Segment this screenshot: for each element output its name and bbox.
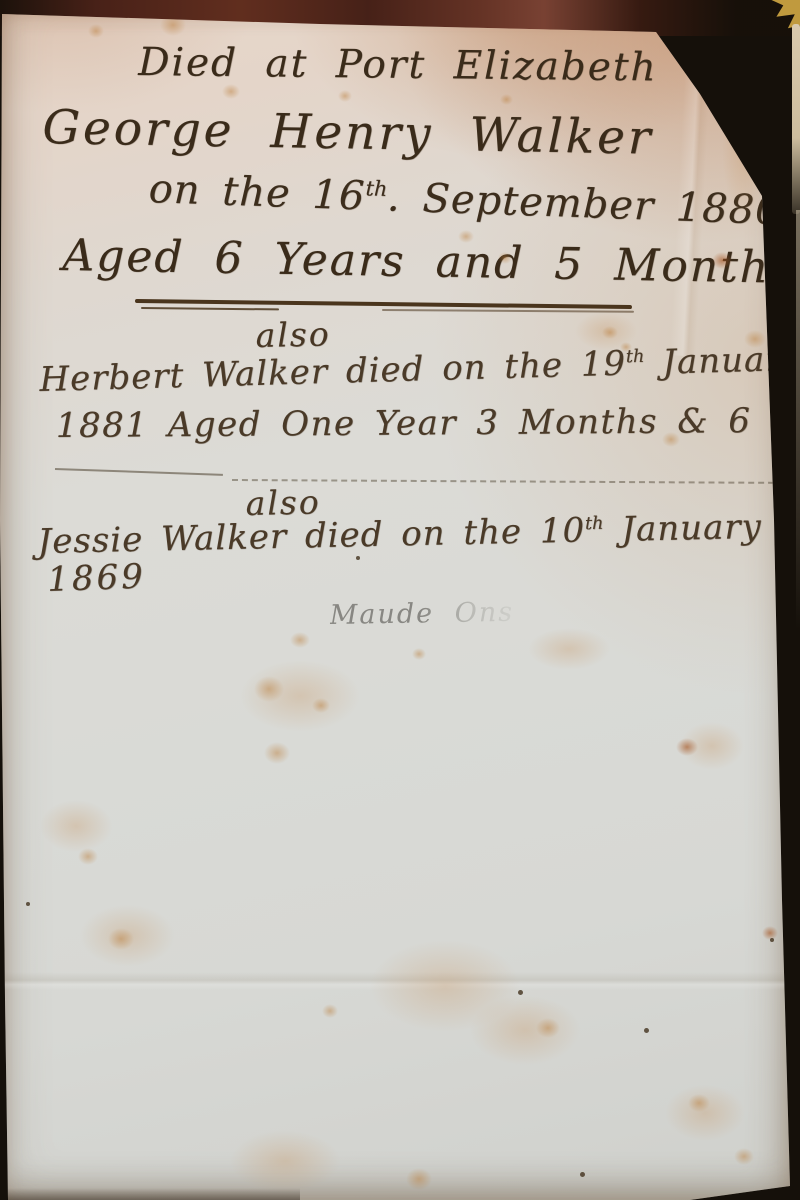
- stain: [78, 848, 98, 865]
- stain: [80, 905, 175, 967]
- ink-underline-secondary: [141, 307, 279, 310]
- stain: [665, 1085, 745, 1141]
- stain: [108, 928, 134, 950]
- jessie-entry-line-1: Jessie Walker died on the 10th January: [37, 507, 762, 562]
- stain: [528, 628, 610, 670]
- jessie-line1-pre: Jessie Walker died on the 10: [37, 511, 585, 562]
- also-separator-1: also: [255, 314, 331, 355]
- deceased-name-line: George Henry Walker: [42, 100, 654, 166]
- stain: [40, 800, 112, 852]
- stain: [222, 84, 240, 99]
- bible-register-photo: Died at Port Elizabeth George Henry Walk…: [0, 0, 800, 1200]
- jessie-entry-line-2: 1869: [47, 557, 147, 600]
- speck: [356, 556, 360, 560]
- speck: [580, 1172, 585, 1177]
- speck: [644, 1028, 649, 1033]
- stain: [322, 1004, 338, 1018]
- stain: [264, 742, 290, 764]
- bottom-edge-shadow: [0, 1188, 300, 1200]
- stain: [88, 24, 104, 38]
- stain: [412, 648, 426, 660]
- stain: [290, 632, 310, 648]
- jessie-line1-ordinal: th: [585, 514, 604, 534]
- stain: [230, 1130, 340, 1192]
- stain: [536, 1018, 560, 1038]
- death-date-ordinal: th: [365, 176, 388, 201]
- pencil-note: Maude Ons: [329, 597, 514, 631]
- stain: [676, 738, 698, 756]
- ink-underline-hairline: [382, 309, 634, 312]
- stain: [688, 1094, 710, 1112]
- stain: [470, 995, 580, 1065]
- page-block-edge-lower: [796, 210, 800, 630]
- stain: [602, 326, 618, 339]
- herbert-line1-pre: Herbert Walker died on the 19: [39, 344, 627, 400]
- death-place-line: Died at Port Elizabeth: [138, 40, 658, 90]
- death-date-pre: on the 16: [148, 166, 366, 220]
- speck: [26, 902, 30, 906]
- stain: [680, 722, 744, 770]
- stain: [734, 1148, 754, 1165]
- speck: [518, 990, 523, 995]
- page-block-edge: [792, 24, 800, 214]
- pencil-divider-left: [55, 468, 223, 476]
- herbert-line1-post: January: [644, 339, 800, 383]
- stain: [338, 90, 352, 102]
- herbert-entry-line-2: 1881 Aged One Year 3 Months & 6 days: [56, 400, 800, 446]
- jessie-line1-post: January: [603, 507, 762, 550]
- death-date-post: . September 1880: [386, 174, 782, 234]
- stain: [762, 926, 778, 940]
- register-page: Died at Port Elizabeth George Henry Walk…: [0, 0, 800, 1200]
- herbert-line1-ordinal: th: [626, 347, 645, 368]
- herbert-entry-line-1: Herbert Walker died on the 19th January: [39, 339, 800, 400]
- stain: [500, 94, 513, 105]
- speck: [770, 938, 774, 942]
- stain: [688, 36, 704, 50]
- stain: [254, 676, 284, 702]
- paper-crease-horizontal: [0, 972, 800, 990]
- stain: [312, 698, 330, 713]
- stain: [406, 1168, 432, 1190]
- stain: [240, 660, 360, 732]
